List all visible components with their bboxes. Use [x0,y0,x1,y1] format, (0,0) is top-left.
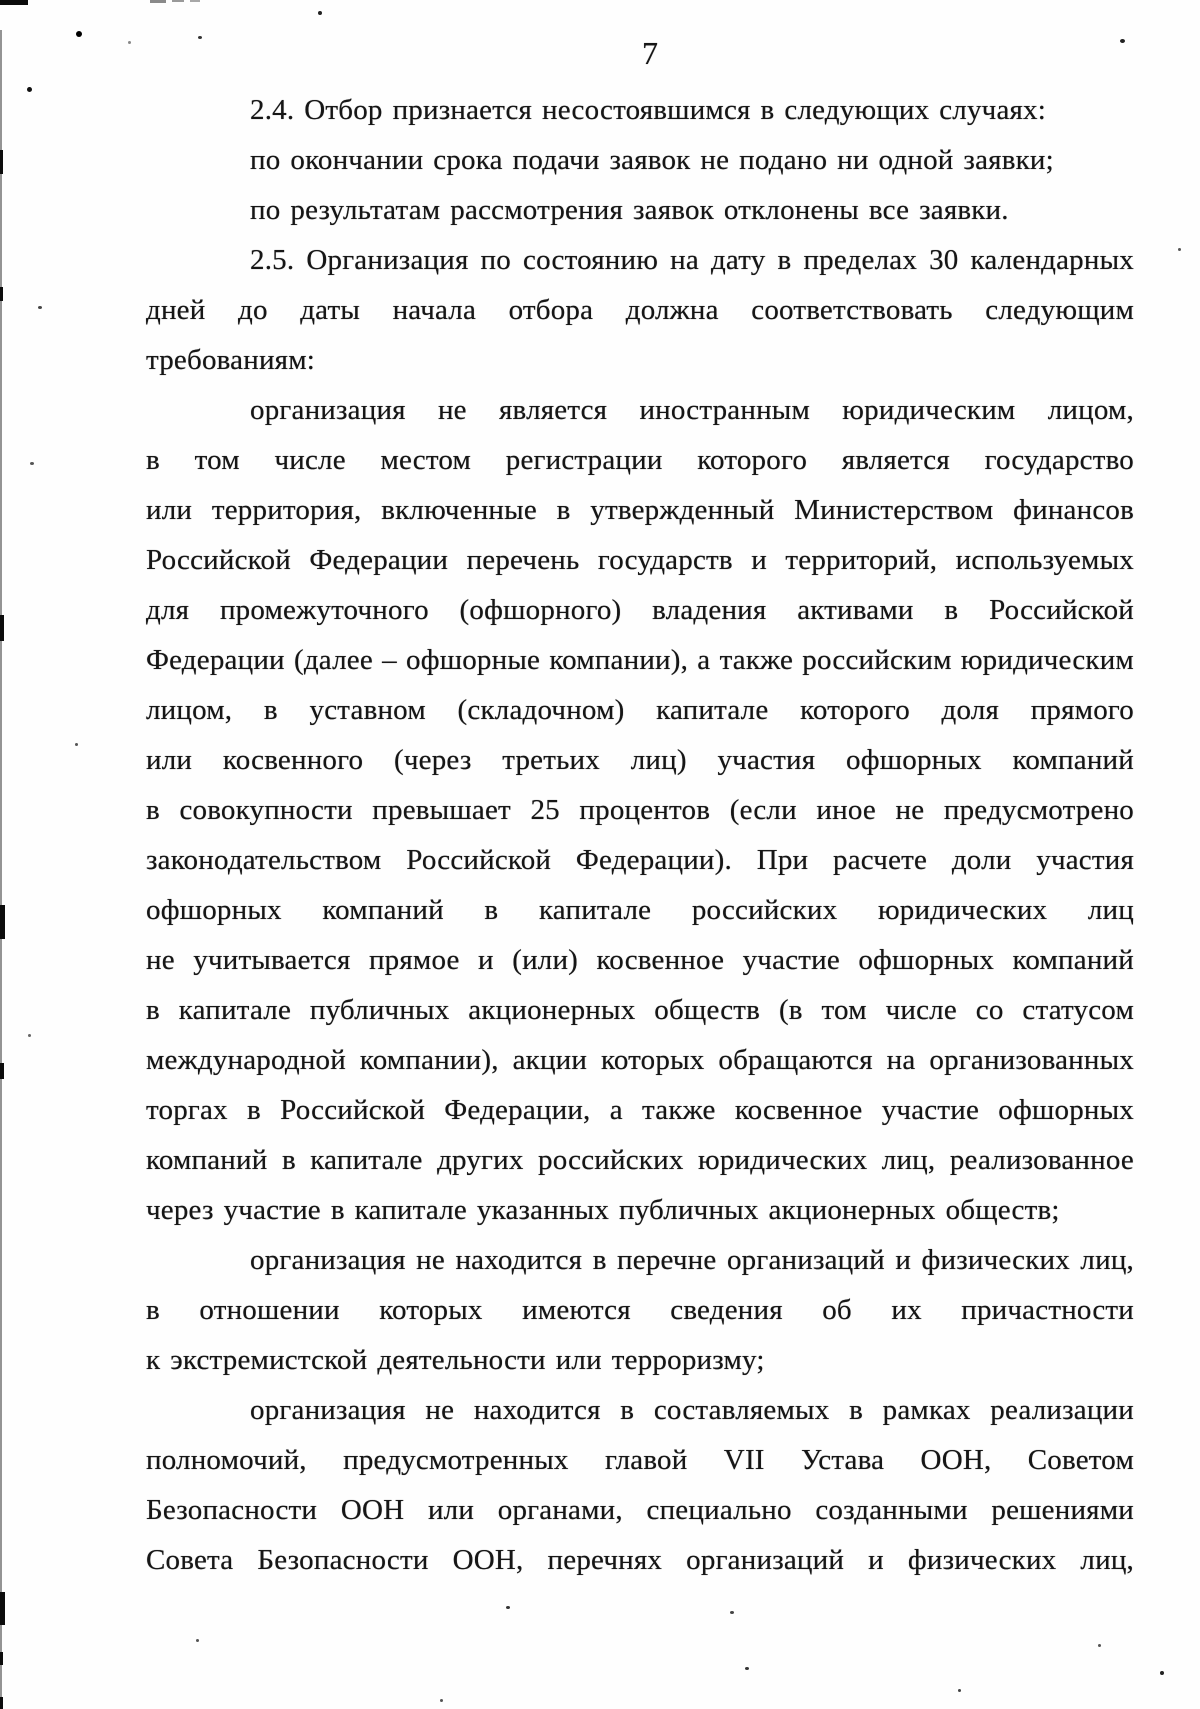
text-line: по результатам рассмотрения заявок откло… [146,185,1134,235]
scan-artifact-top-dash [190,0,200,2]
text-line: офшорных компаний в капитале российских … [146,885,1134,935]
text-line: не учитывается прямое и (или) косвенное … [146,935,1134,985]
scan-artifact-speck [958,1689,961,1692]
text-line: Российской Федерации перечень государств… [146,535,1134,585]
scan-artifact-left-edge-line [0,30,2,1705]
document-body: 2.4. Отбор признается несостоявшимся в с… [146,85,1134,1585]
text-line: компаний в капитале других российских юр… [146,1135,1134,1185]
scan-artifact-speck [730,1611,734,1614]
scan-artifact-top-dash [150,0,166,3]
scan-artifact-edge-segment [0,1652,3,1665]
scan-artifact-edge-segment [0,615,4,641]
scan-artifact-edge-segment [0,150,3,174]
scan-artifact-speck [1178,248,1181,251]
text-line: организация не находится в перечне орган… [146,1235,1134,1285]
scan-artifact-speck [76,31,82,37]
scan-artifact-edge-segment [0,1592,5,1625]
text-line: или территория, включенные в утвержденны… [146,485,1134,535]
scan-artifact-speck [1160,1671,1164,1675]
scan-artifact-speck [1098,1644,1101,1647]
scan-artifact-speck [128,41,131,44]
text-line: дней до даты начала отбора должна соотве… [146,285,1134,335]
text-line: в совокупности превышает 25 процентов (е… [146,785,1134,835]
text-line: организация не находится в составляемых … [146,1385,1134,1435]
text-line: Совета Безопасности ООН, перечнях органи… [146,1535,1134,1585]
scan-artifact-speck [745,1667,749,1670]
text-line: международной компании), акции которых о… [146,1035,1134,1085]
text-line: требованиям: [146,335,1134,385]
scan-artifact-speck [440,1699,443,1702]
scan-artifact-speck [198,36,202,39]
text-line: для промежуточного (офшорного) владения … [146,585,1134,635]
text-line: к экстремистской деятельности или террор… [146,1335,1134,1385]
scan-artifact-speck [38,306,42,309]
scan-artifact-speck [75,743,78,746]
text-line: организация не является иностранным юрид… [146,385,1134,435]
text-line: в капитале публичных акционерных обществ… [146,985,1134,1035]
scan-artifact-edge-segment [0,1697,3,1709]
text-line: 2.5. Организация по состоянию на дату в … [146,235,1134,285]
scan-artifact-speck [1120,39,1125,43]
text-line: полномочий, предусмотренных главой VII У… [146,1435,1134,1485]
scan-artifact-speck [318,11,322,15]
text-line: по окончании срока подачи заявок не пода… [146,135,1134,185]
text-line: в том числе местом регистрации которого … [146,435,1134,485]
scan-artifact-top-dash [172,0,184,2]
text-line: 2.4. Отбор признается несостоявшимся в с… [146,85,1134,135]
scan-artifact-edge-segment [0,1063,4,1079]
scan-artifact-edge-segment [0,905,5,939]
scan-artifact-speck [506,1606,510,1609]
text-line: Безопасности ООН или органами, специальн… [146,1485,1134,1535]
text-line: лицом, в уставном (складочном) капитале … [146,685,1134,735]
scan-artifact-speck [30,462,34,465]
text-line: торгах в Российской Федерации, а также к… [146,1085,1134,1135]
scan-artifact-edge-segment [0,287,3,301]
scan-artifact-speck [28,1034,31,1037]
scan-artifact-speck [27,87,32,92]
scan-artifact-top-left-bar [0,0,28,5]
scan-artifact-speck [196,1639,199,1642]
text-line: законодательством Российской Федерации).… [146,835,1134,885]
text-line: Федерации (далее – офшорные компании), а… [146,635,1134,685]
document-page: 7 2.4. Отбор признается несостоявшимся в… [0,0,1200,1709]
text-line: через участие в капитале указанных публи… [146,1185,1134,1235]
page-number: 7 [600,36,700,70]
text-line: в отношении которых имеются сведения об … [146,1285,1134,1335]
text-line: или косвенного (через третьих лиц) участ… [146,735,1134,785]
